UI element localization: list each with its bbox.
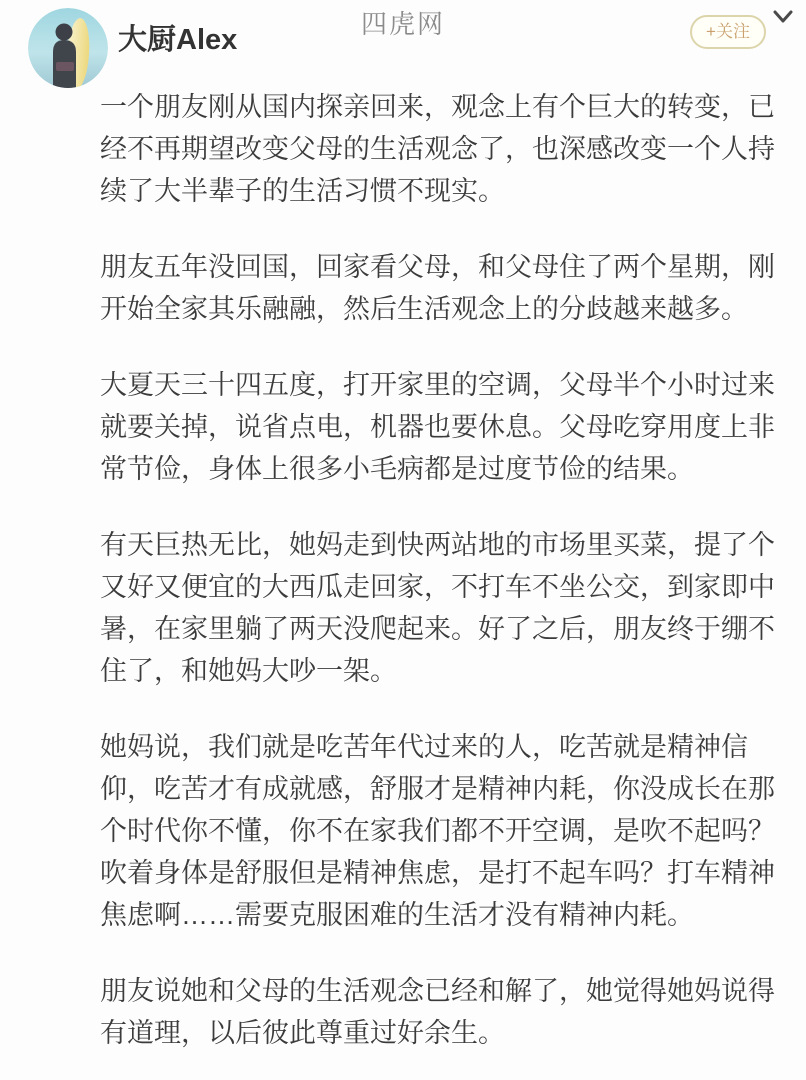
social-post-page: 四虎网 [0,0,806,1080]
post-paragraph: 大夏天三十四五度，打开家里的空调，父母半个小时过来就要关掉，说省点电，机器也要休… [100,364,778,490]
post-paragraph: 她妈说，我们就是吃苦年代过来的人，吃苦就是精神信仰，吃苦才有成就感，舒服才是精神… [100,726,778,936]
post-paragraph: 朋友说她和父母的生活观念已经和解了，她觉得她妈说得有道理，以后彼此尊重过好余生。 [100,970,778,1054]
post-paragraph: 一个朋友刚从国内探亲回来，观念上有个巨大的转变，已经不再期望改变父母的生活观念了… [100,86,778,212]
avatar[interactable] [28,8,108,88]
post-header: 大厨Alex +关注 [0,0,806,90]
username[interactable]: 大厨Alex [118,17,237,58]
chevron-down-icon[interactable] [770,8,796,28]
post-paragraph: 朋友五年没回国，回家看父母，和父母住了两个星期，刚开始全家其乐融融，然后生活观念… [100,246,778,330]
follow-button[interactable]: +关注 [690,15,766,49]
post-paragraph: 有天巨热无比，她妈走到快两站地的市场里买菜，提了个又好又便宜的大西瓜走回家，不打… [100,524,778,692]
user-avatar-photo [28,75,108,88]
post-body: 一个朋友刚从国内探亲回来，观念上有个巨大的转变，已经不再期望改变父母的生活观念了… [100,86,778,1080]
